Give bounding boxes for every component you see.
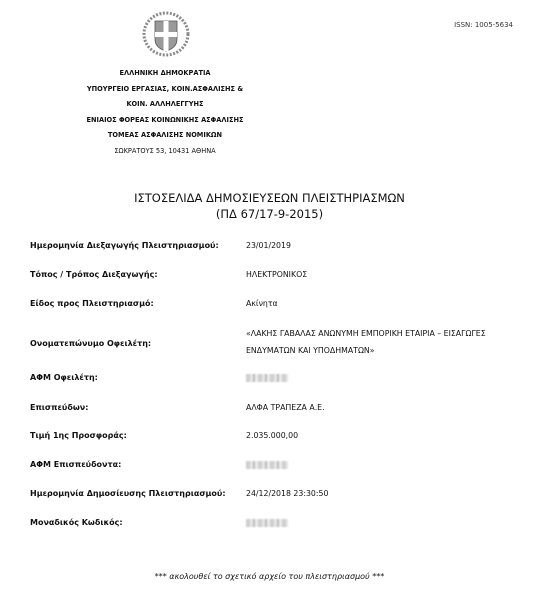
field-value-redacted: [246, 515, 288, 531]
field-label: ΑΦΜ Επισπεύδοντα:: [30, 460, 121, 469]
field-label: Μοναδικός Κωδικός:: [30, 518, 123, 527]
title-line-1: ΙΣΤΟΣΕΛΙΔΑ ΔΗΜΟΣΙΕΥΣΕΩΝ ΠΛΕΙΣΤΗΡΙΑΣΜΩΝ: [0, 190, 539, 206]
field-label: Τόπος / Τρόπος Διεξαγωγής:: [30, 270, 158, 279]
field-label: Ημερομηνία Δημοσίευσης Πλειστηριασμού:: [30, 489, 226, 498]
header-line: ΕΛΛΗΝΙΚΗ ΔΗΜΟΚΡΑΤΙΑ: [60, 66, 270, 82]
issn-number: ISSN: 1005-5634: [454, 21, 513, 29]
redacted-value: [246, 374, 288, 382]
field-value: 23/01/2019: [246, 238, 291, 254]
field-label: Είδος προς Πλειστηριασμό:: [30, 299, 154, 308]
field-value: ΗΛΕΚΤΡΟΝΙΚΟΣ: [246, 267, 307, 283]
greek-coat-of-arms-icon: [139, 10, 193, 58]
page-title: ΙΣΤΟΣΕΛΙΔΑ ΔΗΜΟΣΙΕΥΣΕΩΝ ΠΛΕΙΣΤΗΡΙΑΣΜΩΝ (…: [0, 190, 539, 222]
issuer-header: ΕΛΛΗΝΙΚΗ ΔΗΜΟΚΡΑΤΙΑ ΥΠΟΥΡΓΕΙΟ ΕΡΓΑΣΙΑΣ, …: [60, 66, 270, 160]
footer-note: *** ακολουθεί το σχετικό αρχείο του πλει…: [0, 572, 539, 581]
header-address: ΣΩΚΡΑΤΟΥΣ 53, 10431 ΑΘΗΝΑ: [60, 144, 270, 160]
field-value-cont: ΕΝΔΥΜΑΤΩΝ ΚΑΙ ΥΠΟΔΗΜΑΤΩΝ»: [246, 343, 375, 359]
field-label: Τιμή 1ης Προσφοράς:: [30, 431, 127, 440]
field-value-redacted: [246, 457, 288, 473]
header-line: ΚΟΙΝ. ΑΛΛΗΛΕΓΓΥΗΣ: [60, 97, 270, 113]
header-line: ΤΟΜΕΑΣ ΑΣΦΑΛΙΣΗΣ ΝΟΜΙΚΩΝ: [60, 128, 270, 144]
redacted-value: [246, 461, 288, 469]
field-label: ΑΦΜ Οφειλέτη:: [30, 373, 98, 382]
header-line: ΥΠΟΥΡΓΕΙΟ ΕΡΓΑΣΙΑΣ, ΚΟΙΝ.ΑΣΦΑΛΙΣΗΣ &: [60, 82, 270, 98]
field-value: 2.035.000,00: [246, 428, 298, 444]
field-value: 24/12/2018 23:30:50: [246, 486, 328, 502]
header-line: ΕΝΙΑΙΟΣ ΦΟΡΕΑΣ ΚΟΙΝΩΝΙΚΗΣ ΑΣΦΑΛΙΣΗΣ: [60, 113, 270, 129]
title-line-2: (ΠΔ 67/17-9-2015): [0, 206, 539, 222]
field-label: Ονοματεπώνυμο Οφειλέτη:: [30, 339, 151, 348]
field-value: Ακίνητα: [246, 296, 278, 312]
redacted-value: [246, 519, 288, 527]
field-value-redacted: [246, 370, 288, 386]
field-value: «ΛΑΚΗΣ ΓΑΒΑΛΑΣ ΑΝΩΝΥΜΗ ΕΜΠΟΡΙΚΗ ΕΤΑΙΡΙΑ …: [246, 326, 486, 342]
field-value: ΑΛΦΑ ΤΡΑΠΕΖΑ Α.Ε.: [246, 400, 325, 416]
field-label: Επισπεύδων:: [30, 403, 88, 412]
field-label: Ημερομηνία Διεξαγωγής Πλειστηριασμού:: [30, 241, 219, 250]
